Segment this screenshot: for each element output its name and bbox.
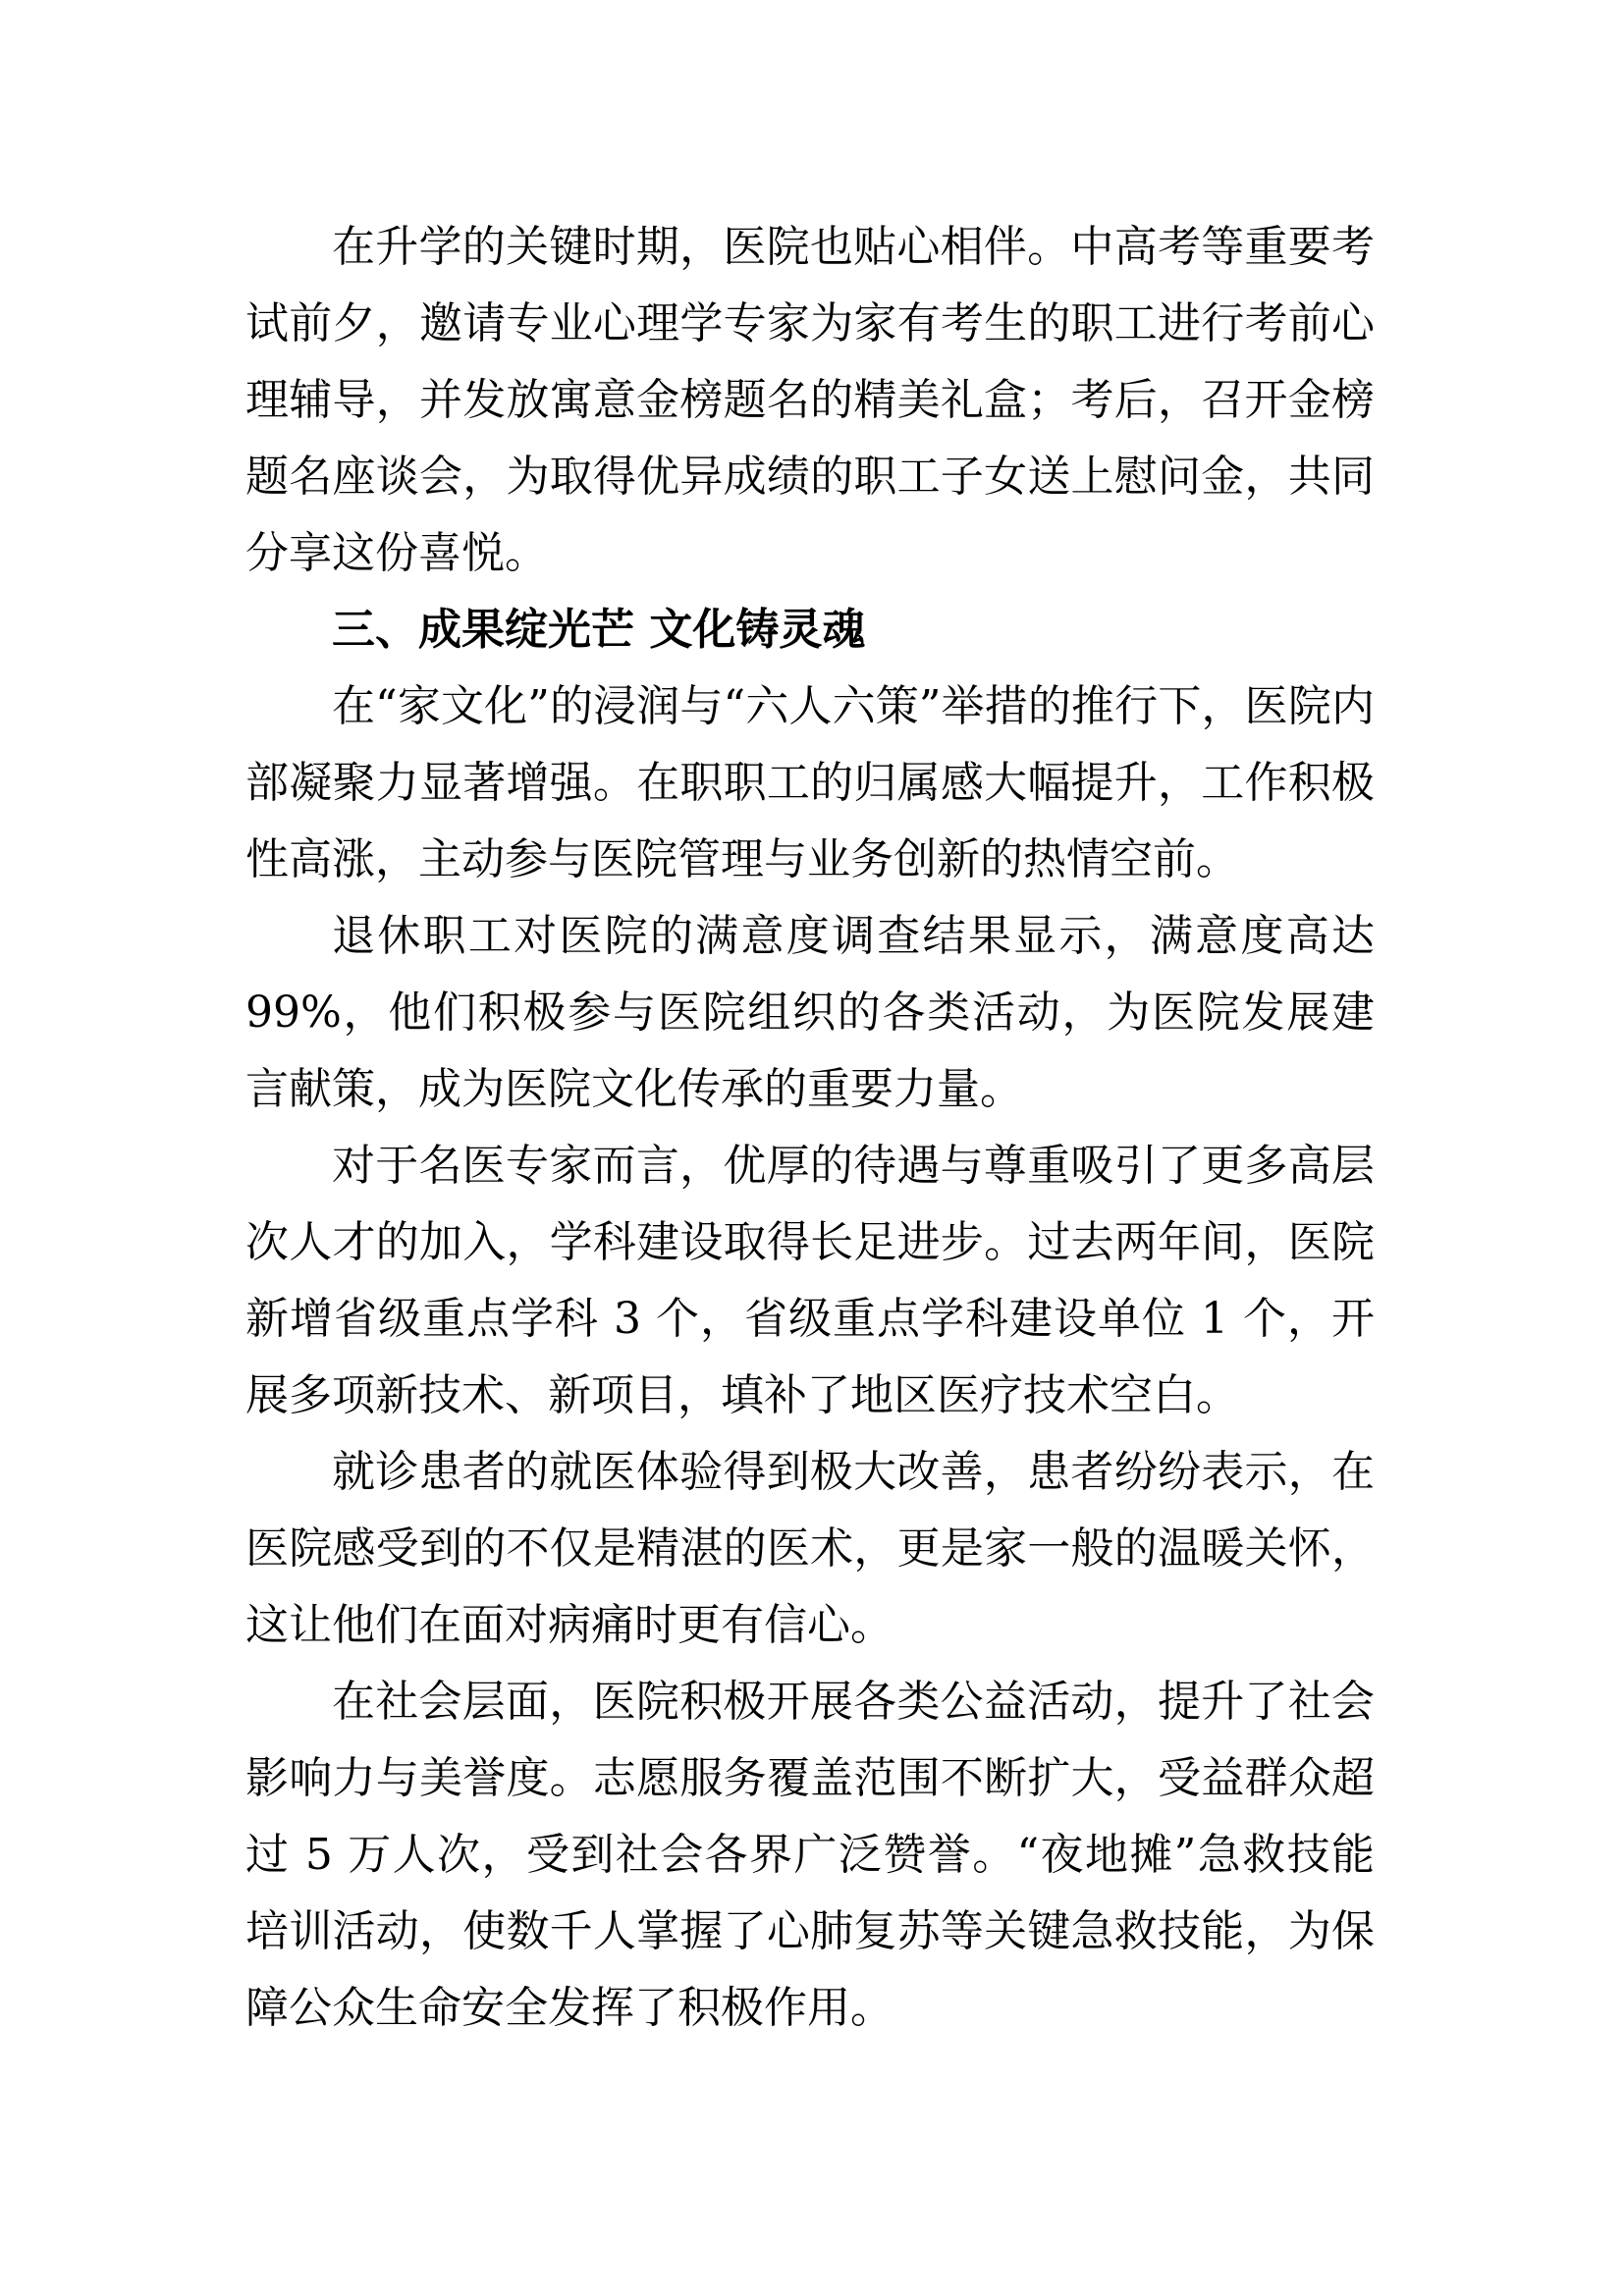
section-heading: 三、成果绽光芒 文化铸灵魂	[245, 592, 1375, 668]
paragraph: 退休职工对医院的满意度调查结果显示，满意度高达99%，他们积极参与医院组织的各类…	[245, 898, 1375, 1128]
paragraph: 就诊患者的就医体验得到极大改善，患者纷纷表示，在医院感受到的不仅是精湛的医术，更…	[245, 1434, 1375, 1664]
paragraph: 对于名医专家而言，优厚的待遇与尊重吸引了更多高层次人才的加入，学科建设取得长足进…	[245, 1128, 1375, 1434]
paragraph: 在升学的关键时期，医院也贴心相伴。中高考等重要考试前夕，邀请专业心理学专家为家有…	[245, 209, 1375, 592]
paragraph: 在社会层面，医院积极开展各类公益活动，提升了社会影响力与美誉度。志愿服务覆盖范围…	[245, 1664, 1375, 2047]
document-page: 在升学的关键时期，医院也贴心相伴。中高考等重要考试前夕，邀请专业心理学专家为家有…	[0, 0, 1624, 2296]
document-body: 在升学的关键时期，医院也贴心相伴。中高考等重要考试前夕，邀请专业心理学专家为家有…	[245, 209, 1375, 2047]
paragraph: 在“家文化”的浸润与“六人六策”举措的推行下，医院内部凝聚力显著增强。在职职工的…	[245, 668, 1375, 898]
